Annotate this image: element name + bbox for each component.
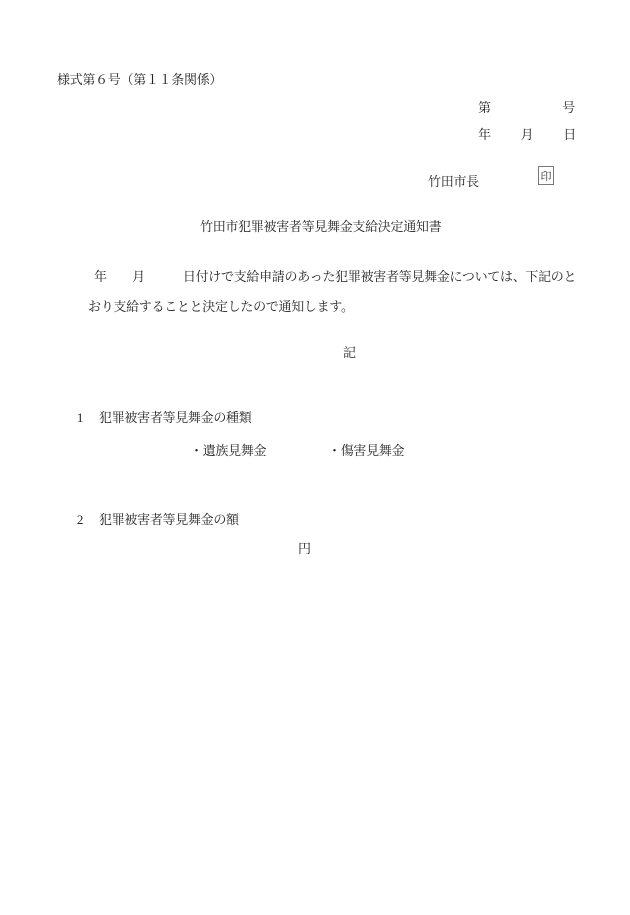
- notification-document-page: 様式第６号（第１１条関係） 第 号 年 月 日 竹田市長 印 竹田市犯罪被害者等…: [0, 0, 630, 915]
- section-2-number: 2: [77, 512, 83, 527]
- option-injury-benefit: ・傷害見舞金: [328, 440, 404, 459]
- seal-stamp-placeholder: 印: [538, 166, 554, 185]
- section-1-number: 1: [77, 410, 83, 425]
- date-day-label: 日: [563, 124, 576, 143]
- document-title: 竹田市犯罪被害者等見舞金支給決定通知書: [200, 216, 441, 235]
- section-2-heading: 2犯罪被害者等見舞金の額: [65, 493, 239, 544]
- body-paragraph: 年 月 日付けで支給申請のあった犯罪被害者等見舞金については、下記のと おり支給…: [88, 262, 588, 322]
- option-survivor-benefit: ・遺族見舞金: [190, 440, 266, 459]
- section-1-heading: 1犯罪被害者等見舞金の種類: [65, 391, 251, 442]
- signer-title: 竹田市長: [428, 171, 479, 190]
- form-reference-label: 様式第６号（第１１条関係）: [57, 69, 222, 88]
- section-1-label: 犯罪被害者等見舞金の種類: [99, 410, 251, 425]
- amount-unit-label: 円: [298, 538, 311, 557]
- date-line: 年 月 日: [478, 124, 576, 143]
- doc-number-suffix: 号: [562, 97, 575, 116]
- date-month-label: 月: [521, 124, 534, 143]
- doc-number-prefix: 第: [478, 97, 491, 116]
- date-year-label: 年: [478, 124, 491, 143]
- doc-number-line: 第 号: [478, 97, 575, 116]
- section-2-label: 犯罪被害者等見舞金の額: [99, 512, 239, 527]
- body-line-2: おり支給することと決定したので通知します。: [88, 292, 588, 322]
- body-line-1: 年 月 日付けで支給申請のあった犯罪被害者等見舞金については、下記のと: [88, 262, 588, 292]
- seal-mark-label: 印: [541, 168, 552, 184]
- record-marker: 記: [343, 342, 356, 361]
